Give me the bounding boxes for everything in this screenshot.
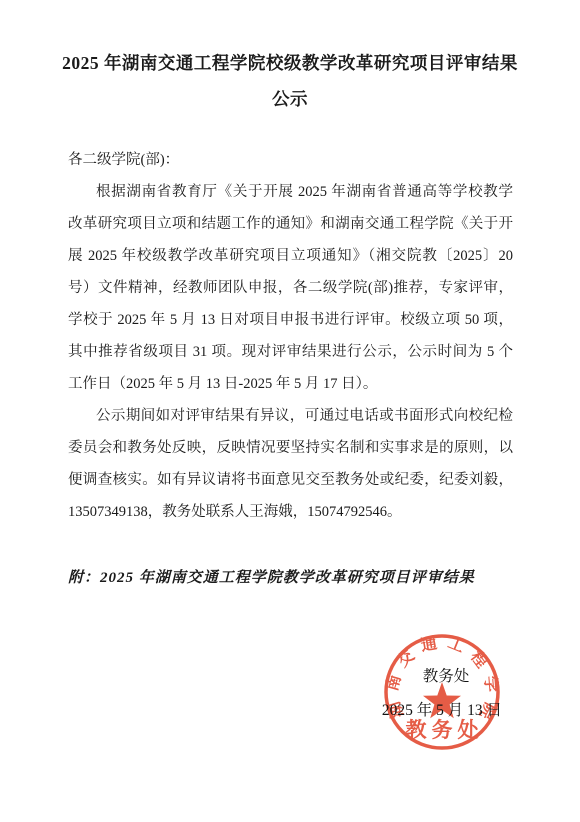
- body-line: 公示期间如对评审结果有异议，可通过电话或书面形式向校纪检: [68, 400, 513, 432]
- attachment-note: 附：2025 年湖南交通工程学院教学改革研究项目评审结果: [68, 562, 513, 594]
- body-line: 便调查核实。如有异议请将书面意见交至教务处或纪委，纪委刘毅，: [68, 464, 513, 496]
- body-line: 委员会和教务处反映，反映情况要坚持实名制和实事求是的原则，以: [68, 432, 513, 464]
- title-line-1: 2025 年湖南交通工程学院校级教学改革研究项目评审结果: [0, 45, 580, 81]
- salutation-line: 各二级学院(部)：: [68, 144, 513, 176]
- body-line: 13507349138，教务处联系人王海娥，15074792546。: [68, 496, 513, 528]
- body-line: 根据湖南省教育厅《关于开展 2025 年湖南省普通高等学校教学: [68, 176, 513, 208]
- document-page: 2025 年湖南交通工程学院校级教学改革研究项目评审结果 公示 各二级学院(部)…: [0, 0, 580, 822]
- body-line: 工作日（2025 年 5 月 13 日-2025 年 5 月 17 日）。: [68, 368, 513, 400]
- title-line-2: 公示: [0, 81, 580, 117]
- signature-department: 教务处: [378, 661, 514, 693]
- body-line: 学校于 2025 年 5 月 13 日对项目申报书进行评审。校级立项 50 项，: [68, 304, 513, 336]
- body-line: 改革研究项目立项和结题工作的通知》和湖南交通工程学院《关于开: [68, 208, 513, 240]
- document-body: 各二级学院(部)： 根据湖南省教育厅《关于开展 2025 年湖南省普通高等学校教…: [68, 144, 513, 528]
- signature-date: 2025 年 5 月 13 日: [374, 695, 510, 727]
- body-line: 其中推荐省级项目 31 项。现对评审结果进行公示，公示时间为 5 个: [68, 336, 513, 368]
- page-title: 2025 年湖南交通工程学院校级教学改革研究项目评审结果 公示: [0, 45, 580, 117]
- body-line: 展 2025 年校级教学改革研究项目立项通知》（湘交院教〔2025〕20: [68, 240, 513, 272]
- body-line: 号）文件精神，经教师团队申报，各二级学院(部)推荐，专家评审，: [68, 272, 513, 304]
